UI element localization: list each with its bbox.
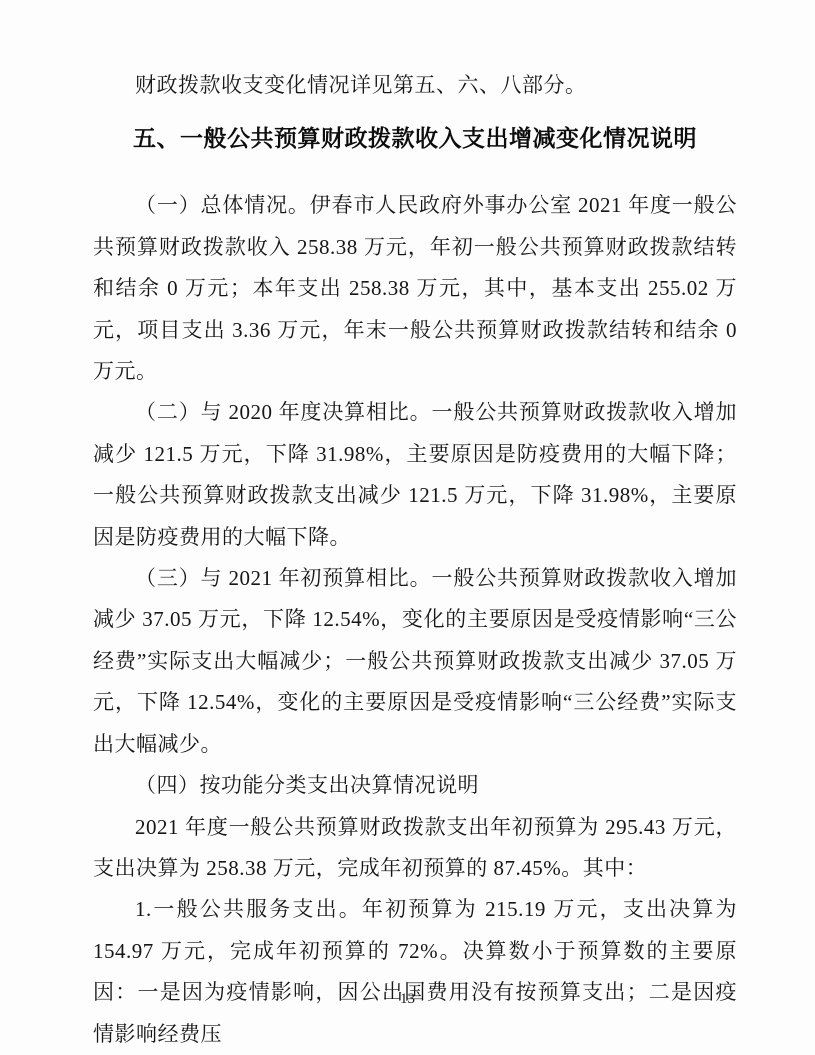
page-number: 13 [400,991,415,1007]
document-body: 财政拨款收支变化情况详见第五、六、八部分。 五、一般公共预算财政拨款收入支出增减… [0,0,815,1055]
section-heading: 五、一般公共预算财政拨款收入支出增减变化情况说明 [93,118,737,159]
document-page: 财政拨款收支变化情况详见第五、六、八部分。 五、一般公共预算财政拨款收入支出增减… [0,0,815,1055]
paragraph-vs-2020-final-accounts: （二）与 2020 年度决算相比。一般公共预算财政拨款收入增加减少 121.5 … [93,392,737,558]
continuation-paragraph: 财政拨款收支变化情况详见第五、六、八部分。 [93,65,737,106]
paragraph-overall-situation: （一）总体情况。伊春市人民政府外事办公室 2021 年度一般公共预算财政拨款收入… [93,185,737,392]
paragraph-functional-classification-title: （四）按功能分类支出决算情况说明 [93,765,737,806]
paragraph-budget-completion: 2021 年度一般公共预算财政拨款支出年初预算为 295.43 万元，支出决算为… [93,807,737,890]
paragraph-general-public-service-expenditure: 1.一般公共服务支出。年初预算为 215.19 万元，支出决算为 154.97 … [93,889,737,1055]
paragraph-vs-2021-initial-budget: （三）与 2021 年初预算相比。一般公共预算财政拨款收入增加减少 37.05 … [93,558,737,765]
page-footer: 13 [0,990,815,1008]
